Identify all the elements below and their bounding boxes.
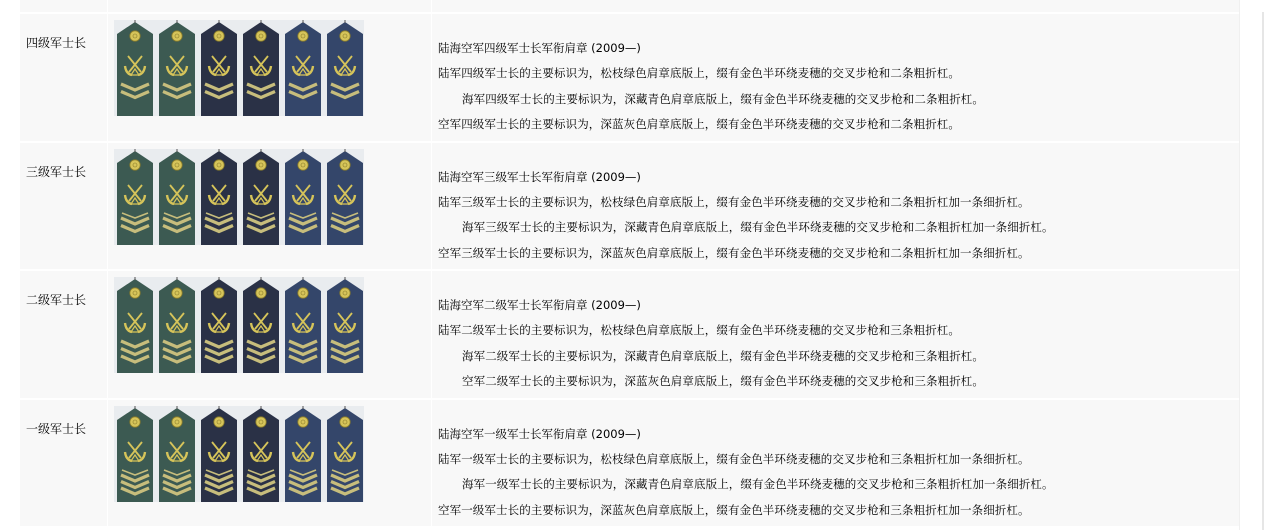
epaulette-navy-icon xyxy=(201,149,237,245)
description-cell: 陆海空军一级军士长军衔肩章 (2009—) 陆军一级军士长的主要标识为，松枝绿色… xyxy=(432,400,1240,527)
page: 四级军士长 陆海空军四级军士长军衔肩章 (2009—) 陆军四级军士长的主要标识… xyxy=(0,0,1264,530)
table-top-row xyxy=(20,0,1240,12)
epaulette-airforce-icon xyxy=(327,406,363,502)
description-title: 陆海空军四级军士长军衔肩章 (2009—) xyxy=(438,35,1240,61)
description-line-navy: 海军一级军士长的主要标识为，深藏青色肩章底版上，缀有金色半环绕麦穗的交叉步枪和三… xyxy=(438,472,1240,498)
epaulette-image-cell xyxy=(108,400,432,527)
description-line-army: 陆军三级军士长的主要标识为，松枝绿色肩章底版上，缀有金色半环绕麦穗的交叉步枪和二… xyxy=(438,190,1240,216)
rank-label: 三级军士长 xyxy=(20,143,108,270)
description-line-army: 陆军一级军士长的主要标识为，松枝绿色肩章底版上，缀有金色半环绕麦穗的交叉步枪和三… xyxy=(438,447,1240,473)
epaulette-airforce-icon xyxy=(285,20,321,116)
description-cell: 陆海空军二级军士长军衔肩章 (2009—) 陆军二级军士长的主要标识为，松枝绿色… xyxy=(432,271,1240,398)
description-line-army: 陆军四级军士长的主要标识为，松枝绿色肩章底版上，缀有金色半环绕麦穗的交叉步枪和二… xyxy=(438,61,1240,87)
epaulette-army-icon xyxy=(117,149,153,245)
top-cell-rank xyxy=(20,0,108,12)
top-cell-image xyxy=(108,0,432,12)
description-title: 陆海空军一级军士长军衔肩章 (2009—) xyxy=(438,421,1240,447)
epaulette-navy-icon xyxy=(201,277,237,373)
epaulette-navy-icon xyxy=(243,277,279,373)
epaulette-navy-icon xyxy=(201,20,237,116)
epaulette-airforce-icon xyxy=(285,149,321,245)
epaulette-image xyxy=(114,406,364,502)
epaulette-army-icon xyxy=(117,277,153,373)
epaulette-navy-icon xyxy=(201,406,237,502)
table-row: 二级军士长 陆海空军二级军士长军衔肩章 (2009—) 陆军二级军士长的主要标识… xyxy=(20,269,1240,398)
description-line-army: 陆军二级军士长的主要标识为，松枝绿色肩章底版上，缀有金色半环绕麦穗的交叉步枪和三… xyxy=(438,318,1240,344)
rank-label: 四级军士长 xyxy=(20,14,108,141)
epaulette-image xyxy=(114,277,364,373)
epaulette-army-icon xyxy=(117,406,153,502)
epaulette-army-icon xyxy=(159,277,195,373)
epaulette-image-cell xyxy=(108,271,432,398)
epaulette-airforce-icon xyxy=(327,20,363,116)
epaulette-image xyxy=(114,149,364,245)
epaulette-navy-icon xyxy=(243,406,279,502)
epaulette-navy-icon xyxy=(243,149,279,245)
description-line-airforce: 空军四级军士长的主要标识为，深蓝灰色肩章底版上，缀有金色半环绕麦穗的交叉步枪和二… xyxy=(438,112,1240,138)
epaulette-image-cell xyxy=(108,143,432,270)
table-row: 一级军士长 陆海空军一级军士长军衔肩章 (2009—) 陆军一级军士长的主要标识… xyxy=(20,398,1240,527)
description-line-navy: 海军四级军士长的主要标识为，深藏青色肩章底版上，缀有金色半环绕麦穗的交叉步枪和二… xyxy=(438,87,1240,113)
description-title: 陆海空军三级军士长军衔肩章 (2009—) xyxy=(438,164,1240,190)
epaulette-army-icon xyxy=(159,406,195,502)
epaulette-image xyxy=(114,20,364,116)
description-line-navy: 海军三级军士长的主要标识为，深藏青色肩章底版上，缀有金色半环绕麦穗的交叉步枪和二… xyxy=(438,215,1240,241)
description-line-airforce: 空军二级军士长的主要标识为，深蓝灰色肩章底版上，缀有金色半环绕麦穗的交叉步枪和三… xyxy=(438,369,1240,395)
description-cell: 陆海空军四级军士长军衔肩章 (2009—) 陆军四级军士长的主要标识为，松枝绿色… xyxy=(432,14,1240,141)
top-cell-desc xyxy=(432,0,1240,12)
description-cell: 陆海空军三级军士长军衔肩章 (2009—) 陆军三级军士长的主要标识为，松枝绿色… xyxy=(432,143,1240,270)
page-right-margin xyxy=(1239,0,1264,530)
description-line-navy: 海军二级军士长的主要标识为，深藏青色肩章底版上，缀有金色半环绕麦穗的交叉步枪和三… xyxy=(438,344,1240,370)
rank-label: 二级军士长 xyxy=(20,271,108,398)
table-row: 三级军士长 陆海空军三级军士长军衔肩章 (2009—) 陆军三级军士长的主要标识… xyxy=(20,141,1240,270)
description-line-airforce: 空军三级军士长的主要标识为，深蓝灰色肩章底版上，缀有金色半环绕麦穗的交叉步枪和二… xyxy=(438,241,1240,267)
epaulette-navy-icon xyxy=(243,20,279,116)
description-title: 陆海空军二级军士长军衔肩章 (2009—) xyxy=(438,292,1240,318)
epaulette-army-icon xyxy=(159,20,195,116)
epaulette-airforce-icon xyxy=(327,277,363,373)
epaulette-airforce-icon xyxy=(285,277,321,373)
rank-insignia-table: 四级军士长 陆海空军四级军士长军衔肩章 (2009—) 陆军四级军士长的主要标识… xyxy=(20,0,1240,526)
epaulette-airforce-icon xyxy=(327,149,363,245)
rank-label: 一级军士长 xyxy=(20,400,108,527)
epaulette-army-icon xyxy=(117,20,153,116)
table-row: 四级军士长 陆海空军四级军士长军衔肩章 (2009—) 陆军四级军士长的主要标识… xyxy=(20,12,1240,141)
epaulette-image-cell xyxy=(108,14,432,141)
epaulette-airforce-icon xyxy=(285,406,321,502)
description-line-airforce: 空军一级军士长的主要标识为，深蓝灰色肩章底版上，缀有金色半环绕麦穗的交叉步枪和三… xyxy=(438,498,1240,524)
epaulette-army-icon xyxy=(159,149,195,245)
